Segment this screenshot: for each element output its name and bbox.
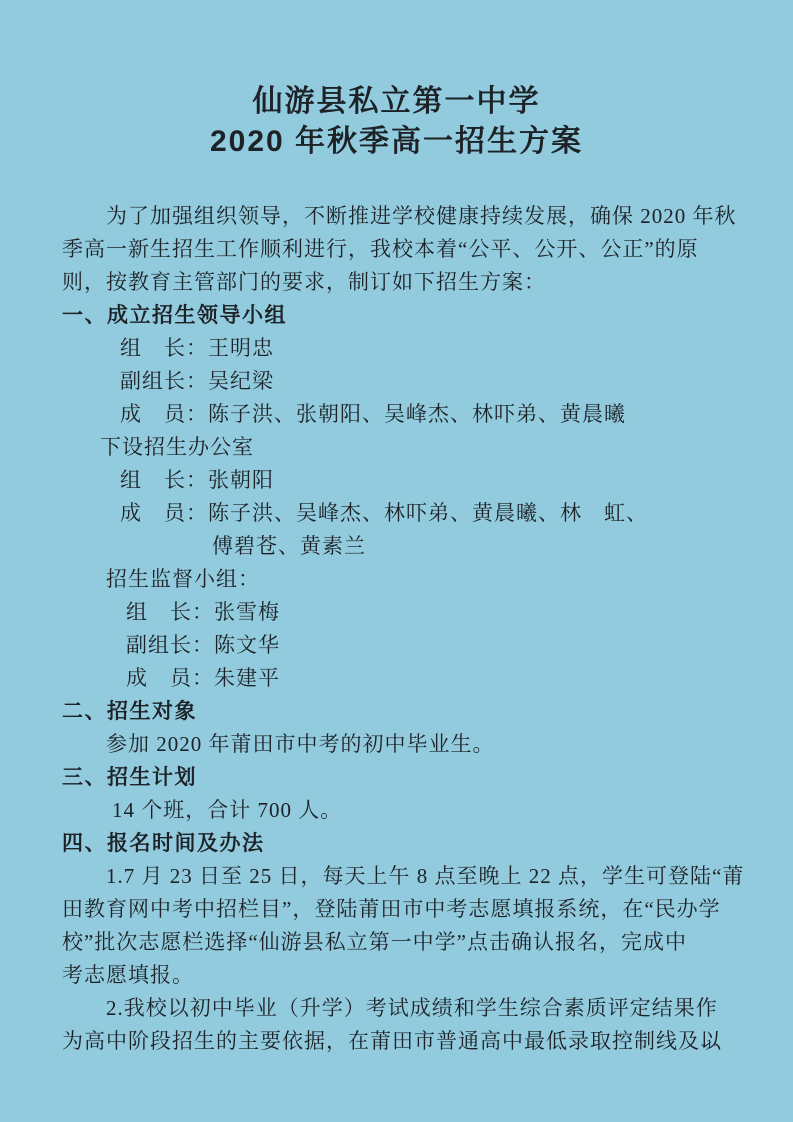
leader-group-members-row: 成 员：陈子洪、张朝阳、吴峰杰、林吓弟、黄晨曦 — [62, 398, 723, 431]
registration-item-1-line: 1.7 月 23 日至 25 日，每天上午 8 点至晚上 22 点，学生可登陆“… — [62, 860, 723, 893]
document-body: 为了加强组织领导，不断推进学校健康持续发展，确保 2020 年秋 季高一新生招生… — [62, 200, 723, 1058]
enrollment-plan-line: 14 个班，合计 700 人。 — [62, 794, 723, 827]
supervision-leader-row: 组 长：张雪梅 — [62, 596, 723, 629]
registration-item-1-line: 田教育网中考中招栏目”，登陆莆田市中考志愿填报系统，在“民办学 — [62, 893, 723, 926]
document-title: 仙游县私立第一中学 2020 年秋季高一招生方案 — [0, 0, 793, 162]
registration-item-1-line: 考志愿填报。 — [62, 959, 723, 992]
leader-group-vice-leader-row: 副组长：吴纪梁 — [62, 365, 723, 398]
title-line-plan-name: 2020 年秋季高一招生方案 — [0, 122, 793, 162]
office-members-row: 成 员：陈子洪、吴峰杰、林吓弟、黄晨曦、林 虹、 — [62, 497, 723, 530]
section-2-heading: 二、招生对象 — [62, 695, 723, 728]
intro-paragraph-line: 则，按教育主管部门的要求，制订如下招生方案： — [62, 266, 723, 299]
document-page: 仙游县私立第一中学 2020 年秋季高一招生方案 为了加强组织领导，不断推进学校… — [0, 0, 793, 1122]
title-line-school-name: 仙游县私立第一中学 — [0, 82, 793, 122]
leader-group-leader-row: 组 长：王明忠 — [62, 332, 723, 365]
registration-item-2-line: 2.我校以初中毕业（升学）考试成绩和学生综合素质评定结果作 — [62, 992, 723, 1025]
target-students-line: 参加 2020 年莆田市中考的初中毕业生。 — [62, 728, 723, 761]
supervision-vice-leader-row: 副组长：陈文华 — [62, 629, 723, 662]
admissions-office-heading: 下设招生办公室 — [62, 431, 723, 464]
registration-item-2-line: 为高中阶段招生的主要依据，在莆田市普通高中最低录取控制线及以 — [62, 1025, 723, 1058]
intro-paragraph-line: 为了加强组织领导，不断推进学校健康持续发展，确保 2020 年秋 — [62, 200, 723, 233]
registration-item-1-line: 校”批次志愿栏选择“仙游县私立第一中学”点击确认报名，完成中 — [62, 926, 723, 959]
supervision-group-heading: 招生监督小组： — [62, 563, 723, 596]
office-leader-row: 组 长：张朝阳 — [62, 464, 723, 497]
section-4-heading: 四、报名时间及办法 — [62, 827, 723, 860]
section-1-heading: 一、成立招生领导小组 — [62, 299, 723, 332]
section-3-heading: 三、招生计划 — [62, 761, 723, 794]
supervision-members-row: 成 员：朱建平 — [62, 662, 723, 695]
page-number: -1- — [701, 1036, 719, 1052]
office-members-continuation: 傅碧苍、黄素兰 — [62, 530, 723, 563]
intro-paragraph-line: 季高一新生招生工作顺利进行，我校本着“公平、公开、公正”的原 — [62, 233, 723, 266]
